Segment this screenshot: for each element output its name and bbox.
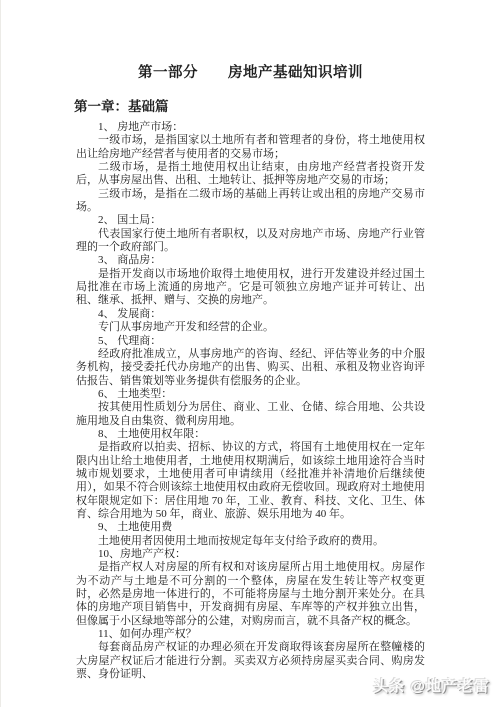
paragraph: 5、 代理商：	[76, 335, 425, 348]
paragraph: 10、房地产产权：	[76, 548, 425, 561]
paragraph: 11、如何办理产权？	[76, 628, 425, 641]
paragraph: 二级市场，是指土地使用权出让结束，由房地产经营者投资开发后，从事房屋出售、出租、…	[76, 161, 425, 188]
document-title: 第一部分 房地产基础知识培训	[1, 0, 500, 82]
paragraph: 是指产权人对房屋的所有权和对该房屋所占用土地使用权。房屋作为不动产与土地是不可分…	[76, 561, 425, 628]
paragraph: 土地使用者因使用土地而按规定每年支付给予政府的费用。	[76, 535, 425, 548]
paragraph: 4、 发展商：	[76, 308, 425, 321]
paragraph: 1、 房地产市场：	[76, 121, 425, 134]
toutiao-watermark: 头条 @地产老雷	[373, 675, 490, 696]
paragraph: 6、 土地类型：	[76, 388, 425, 401]
paragraph: 代表国家行使土地所有者职权，以及对房地产市场、房地产行业管理的一个政府部门。	[76, 228, 425, 255]
paragraph: 经政府批准成立，从事房地产的咨询、经纪、评估等业务的中介服务机构，接受委托代办房…	[76, 348, 425, 388]
paragraph: 一级市场，是指国家以土地所有者和管理者的身份，将土地使用权出让给房地产经营者与使…	[76, 134, 425, 161]
paragraph: 是指政府以拍卖、招标、协议的方式，将国有土地使用权在一定年限内出让给土地使用者，…	[76, 441, 425, 521]
paragraph: 按其使用性质划分为居住、商业、工业、仓储、综合用地、公共设施用地及自由集资、微利…	[76, 401, 425, 428]
paragraph: 9、 土地使用费	[76, 521, 425, 534]
chapter-heading: 第一章：基础篇	[74, 95, 500, 115]
paragraph: 专门从事房地产开发和经营的企业。	[76, 321, 425, 334]
document-body: 1、 房地产市场：一级市场，是指国家以土地所有者和管理者的身份，将土地使用权出让…	[76, 121, 425, 681]
paragraph: 三级市场，是指在二级市场的基础上再转让或出租的房地产交易市场。	[76, 188, 425, 215]
paragraph: 是指开发商以市场地价取得土地使用权，进行开发建设并经过国土局批准在市场上流通的房…	[76, 268, 425, 308]
paragraph: 8、 土地使用权年限：	[76, 428, 425, 441]
paragraph: 3、 商品房：	[76, 254, 425, 267]
document-page: 第一部分 房地产基础知识培训 第一章：基础篇 1、 房地产市场：一级市场，是指国…	[0, 0, 500, 707]
paragraph: 2、 国土局：	[76, 214, 425, 227]
